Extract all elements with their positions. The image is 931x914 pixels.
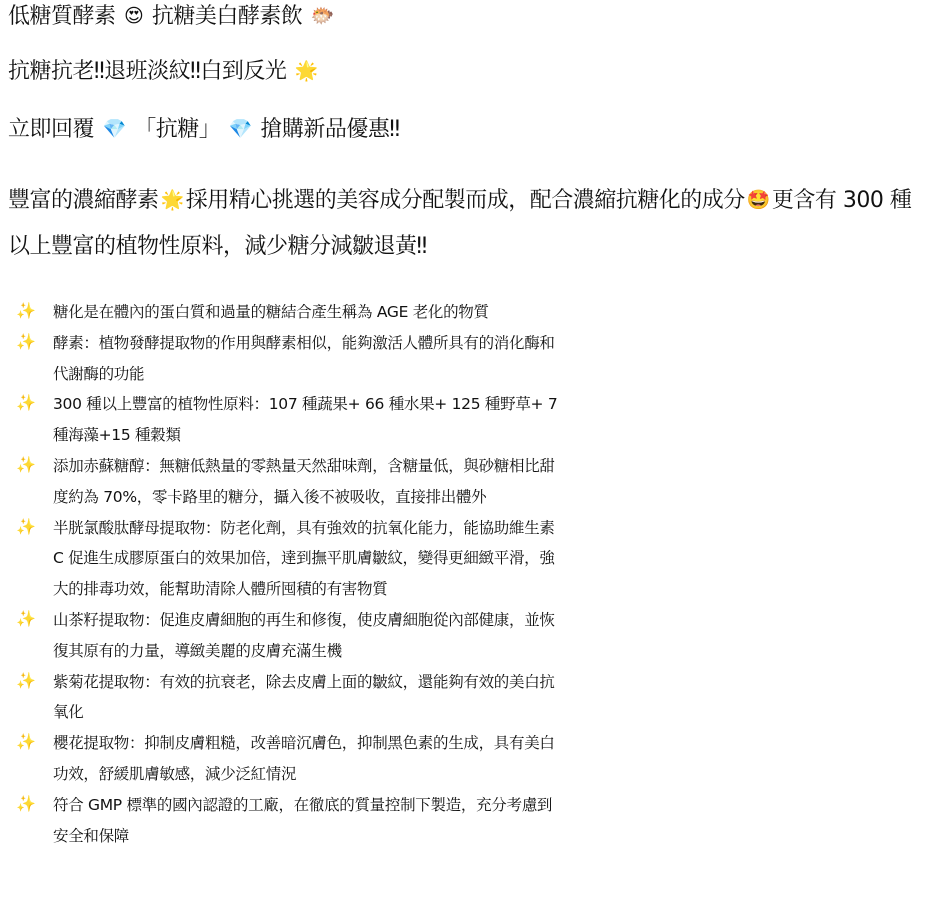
feature-item: ✨ 添加赤蘇糖醇：無糖低熱量的零熱量天然甜味劑，含糖量低，與砂糖相比甜度約為 7… xyxy=(0,451,563,513)
glowing-star-emoji-icon: 🌟 xyxy=(161,191,184,210)
feature-item: ✨ 符合 GMP 標準的國內認證的工廠，在徹底的質量控制下製造，充分考慮到安全和… xyxy=(0,790,563,852)
headline-text: 抗糖抗老‼退班淡紋‼白到反光 xyxy=(8,59,286,84)
sparkles-icon: ✨ xyxy=(16,605,36,633)
feature-item: ✨ 糖化是在體內的蛋白質和過量的糖結合產生稱為 AGE 老化的物質 xyxy=(0,297,563,328)
blowfish-emoji-icon: 🐡 xyxy=(311,7,334,26)
headline-keyword: 「抗糖」 xyxy=(134,117,220,142)
headline-benefits: 抗糖抗老‼退班淡紋‼白到反光 🌟 xyxy=(8,57,320,87)
intro-paragraph: 豐富的濃縮酵素🌟採用精心挑選的美容成分配製而成，配合濃縮抗糖化的成分🤩更含有 3… xyxy=(8,178,928,270)
heart-eyes-emoji-icon: 😍 xyxy=(124,7,143,26)
sparkles-icon: ✨ xyxy=(16,297,36,325)
intro-text: 豐富的濃縮酵素 xyxy=(8,188,159,213)
feature-text: 紫菊花提取物：有效的抗衰老，除去皮膚上面的皺紋，還能夠有效的美白抗氧化 xyxy=(53,673,555,722)
headline-text: 立即回覆 xyxy=(8,117,94,142)
feature-text: 櫻花提取物：抑制皮膚粗糙，改善暗沉膚色，抑制黑色素的生成，具有美白功效，舒緩肌膚… xyxy=(53,734,555,783)
feature-item: ✨ 山茶籽提取物：促進皮膚細胞的再生和修復，使皮膚細胞從內部健康，並恢復其原有的… xyxy=(0,605,563,667)
sparkles-icon: ✨ xyxy=(16,667,36,695)
feature-text: 符合 GMP 標準的國內認證的工廠，在徹底的質量控制下製造，充分考慮到安全和保障 xyxy=(53,796,552,845)
sparkles-icon: ✨ xyxy=(16,328,36,356)
feature-list: ✨ 糖化是在體內的蛋白質和過量的糖結合產生稱為 AGE 老化的物質 ✨ 酵素：植… xyxy=(0,297,580,851)
feature-item: ✨ 紫菊花提取物：有效的抗衰老，除去皮膚上面的皺紋，還能夠有效的美白抗氧化 xyxy=(0,667,563,729)
feature-text: 糖化是在體內的蛋白質和過量的糖結合產生稱為 AGE 老化的物質 xyxy=(53,303,489,321)
headline-call-to-action: 立即回覆 💎 「抗糖」 💎 搶購新品優惠‼ xyxy=(8,115,400,145)
star-struck-emoji-icon: 🤩 xyxy=(747,191,770,210)
sparkles-icon: ✨ xyxy=(16,389,36,417)
gem-emoji-icon: 💎 xyxy=(229,120,252,139)
sparkles-icon: ✨ xyxy=(16,728,36,756)
feature-item: ✨ 半胱氯酸肽酵母提取物：防老化劑，具有強效的抗氧化能力，能協助維生素 C 促進… xyxy=(0,513,563,605)
feature-item: ✨ 酵素：植物發酵提取物的作用與酵素相似，能夠激活人體所具有的消化酶和代謝酶的功… xyxy=(0,328,563,390)
glowing-star-emoji-icon: 🌟 xyxy=(295,62,318,81)
gem-emoji-icon: 💎 xyxy=(103,120,126,139)
feature-item: ✨ 300 種以上豐富的植物性原料：107 種蔬果+ 66 種水果+ 125 種… xyxy=(0,389,563,451)
headline-text: 抗糖美白酵素飲 xyxy=(152,4,303,29)
headline-text: 低糖質酵素 xyxy=(8,4,116,29)
sparkles-icon: ✨ xyxy=(16,790,36,818)
feature-text: 山茶籽提取物：促進皮膚細胞的再生和修復，使皮膚細胞從內部健康，並恢復其原有的力量… xyxy=(53,611,555,660)
feature-item: ✨ 櫻花提取物：抑制皮膚粗糙，改善暗沉膚色，抑制黑色素的生成，具有美白功效，舒緩… xyxy=(0,728,563,790)
feature-text: 添加赤蘇糖醇：無糖低熱量的零熱量天然甜味劑，含糖量低，與砂糖相比甜度約為 70%… xyxy=(53,457,555,506)
feature-text: 300 種以上豐富的植物性原料：107 種蔬果+ 66 種水果+ 125 種野草… xyxy=(53,395,557,444)
sparkles-icon: ✨ xyxy=(16,451,36,479)
intro-text: 採用精心挑選的美容成分配製而成，配合濃縮抗糖化的成分 xyxy=(186,188,745,213)
headline-product-name: 低糖質酵素 😍 抗糖美白酵素飲 🐡 xyxy=(8,2,336,32)
sparkles-icon: ✨ xyxy=(16,513,36,541)
feature-text: 酵素：植物發酵提取物的作用與酵素相似，能夠激活人體所具有的消化酶和代謝酶的功能 xyxy=(53,334,555,383)
headline-text: 搶購新品優惠‼ xyxy=(260,117,399,142)
feature-text: 半胱氯酸肽酵母提取物：防老化劑，具有強效的抗氧化能力，能協助維生素 C 促進生成… xyxy=(53,519,555,599)
